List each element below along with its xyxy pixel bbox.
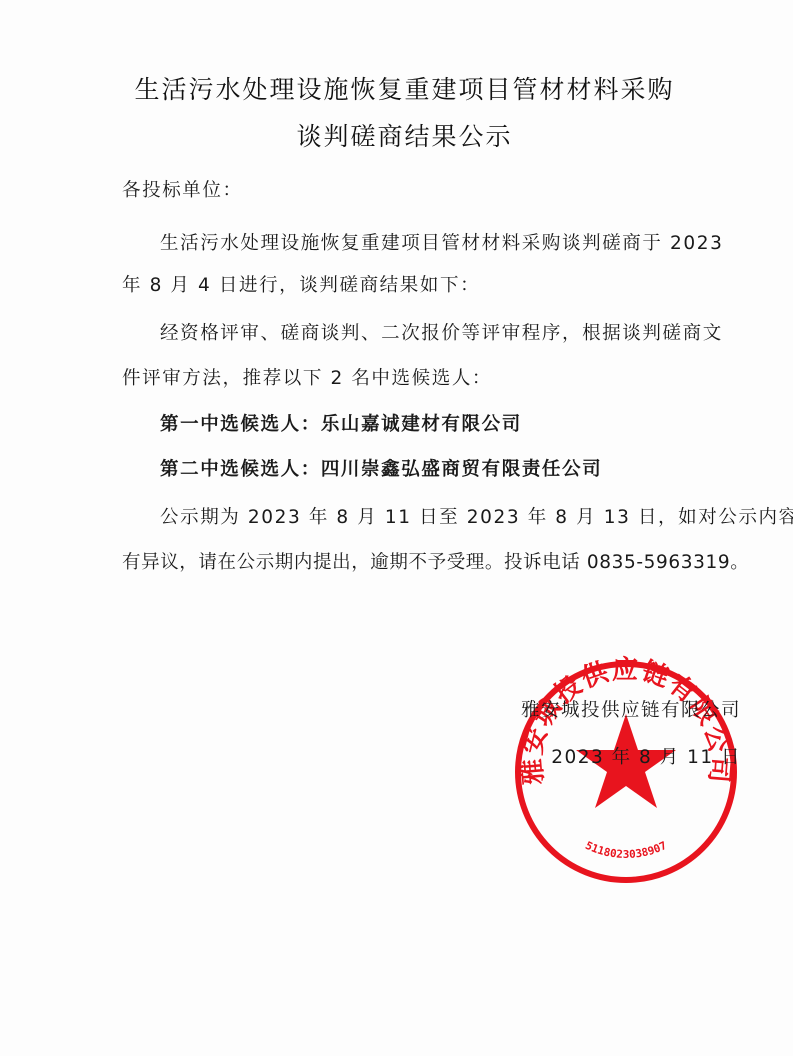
document-title-line1: 生活污水处理设施恢复重建项目管材材料采购 [8, 70, 793, 106]
candidate-1-label: 第一中选候选人： [160, 414, 321, 435]
candidate-2-name: 四川崇鑫弘盛商贸有限责任公司 [321, 459, 602, 480]
signature-date: 2023 年 8 月 11 日 [551, 743, 741, 769]
paragraph-2-line-2: 件评审方法，推荐以下 2 名中选候选人： [122, 364, 492, 390]
paragraph-3-line-2: 有异议，请在公示期内提出，逾期不予受理。投诉电话 0835-5963319。 [122, 548, 749, 574]
svg-text:5118023038907: 5118023038907 [583, 839, 669, 861]
stamp-number: 5118023038907 [583, 839, 669, 861]
document-page: 生活污水处理设施恢复重建项目管材材料采购 谈判磋商结果公示 各投标单位： 生活污… [0, 0, 793, 1056]
candidate-1-name: 乐山嘉诚建材有限公司 [321, 414, 522, 435]
paragraph-1-line-1: 生活污水处理设施恢复重建项目管材材料采购谈判磋商于 2023 [160, 229, 723, 255]
signer-company: 雅安城投供应链有限公司 [521, 696, 741, 722]
salutation: 各投标单位： [122, 176, 243, 202]
document-title-line2: 谈判磋商结果公示 [8, 117, 793, 153]
candidate-1: 第一中选候选人：乐山嘉诚建材有限公司 [160, 410, 522, 436]
company-seal-stamp: 雅安城投供应链有限公司 5118023038907 [506, 652, 746, 892]
paragraph-3-line-1: 公示期为 2023 年 8 月 11 日至 2023 年 8 月 13 日，如对… [160, 503, 793, 529]
candidate-2: 第二中选候选人：四川崇鑫弘盛商贸有限责任公司 [160, 455, 602, 481]
paragraph-2-line-1: 经资格评审、磋商谈判、二次报价等评审程序，根据谈判磋商文 [160, 319, 723, 345]
candidate-2-label: 第二中选候选人： [160, 459, 321, 480]
paragraph-1-line-2: 年 8 月 4 日进行，谈判磋商结果如下： [122, 271, 480, 297]
